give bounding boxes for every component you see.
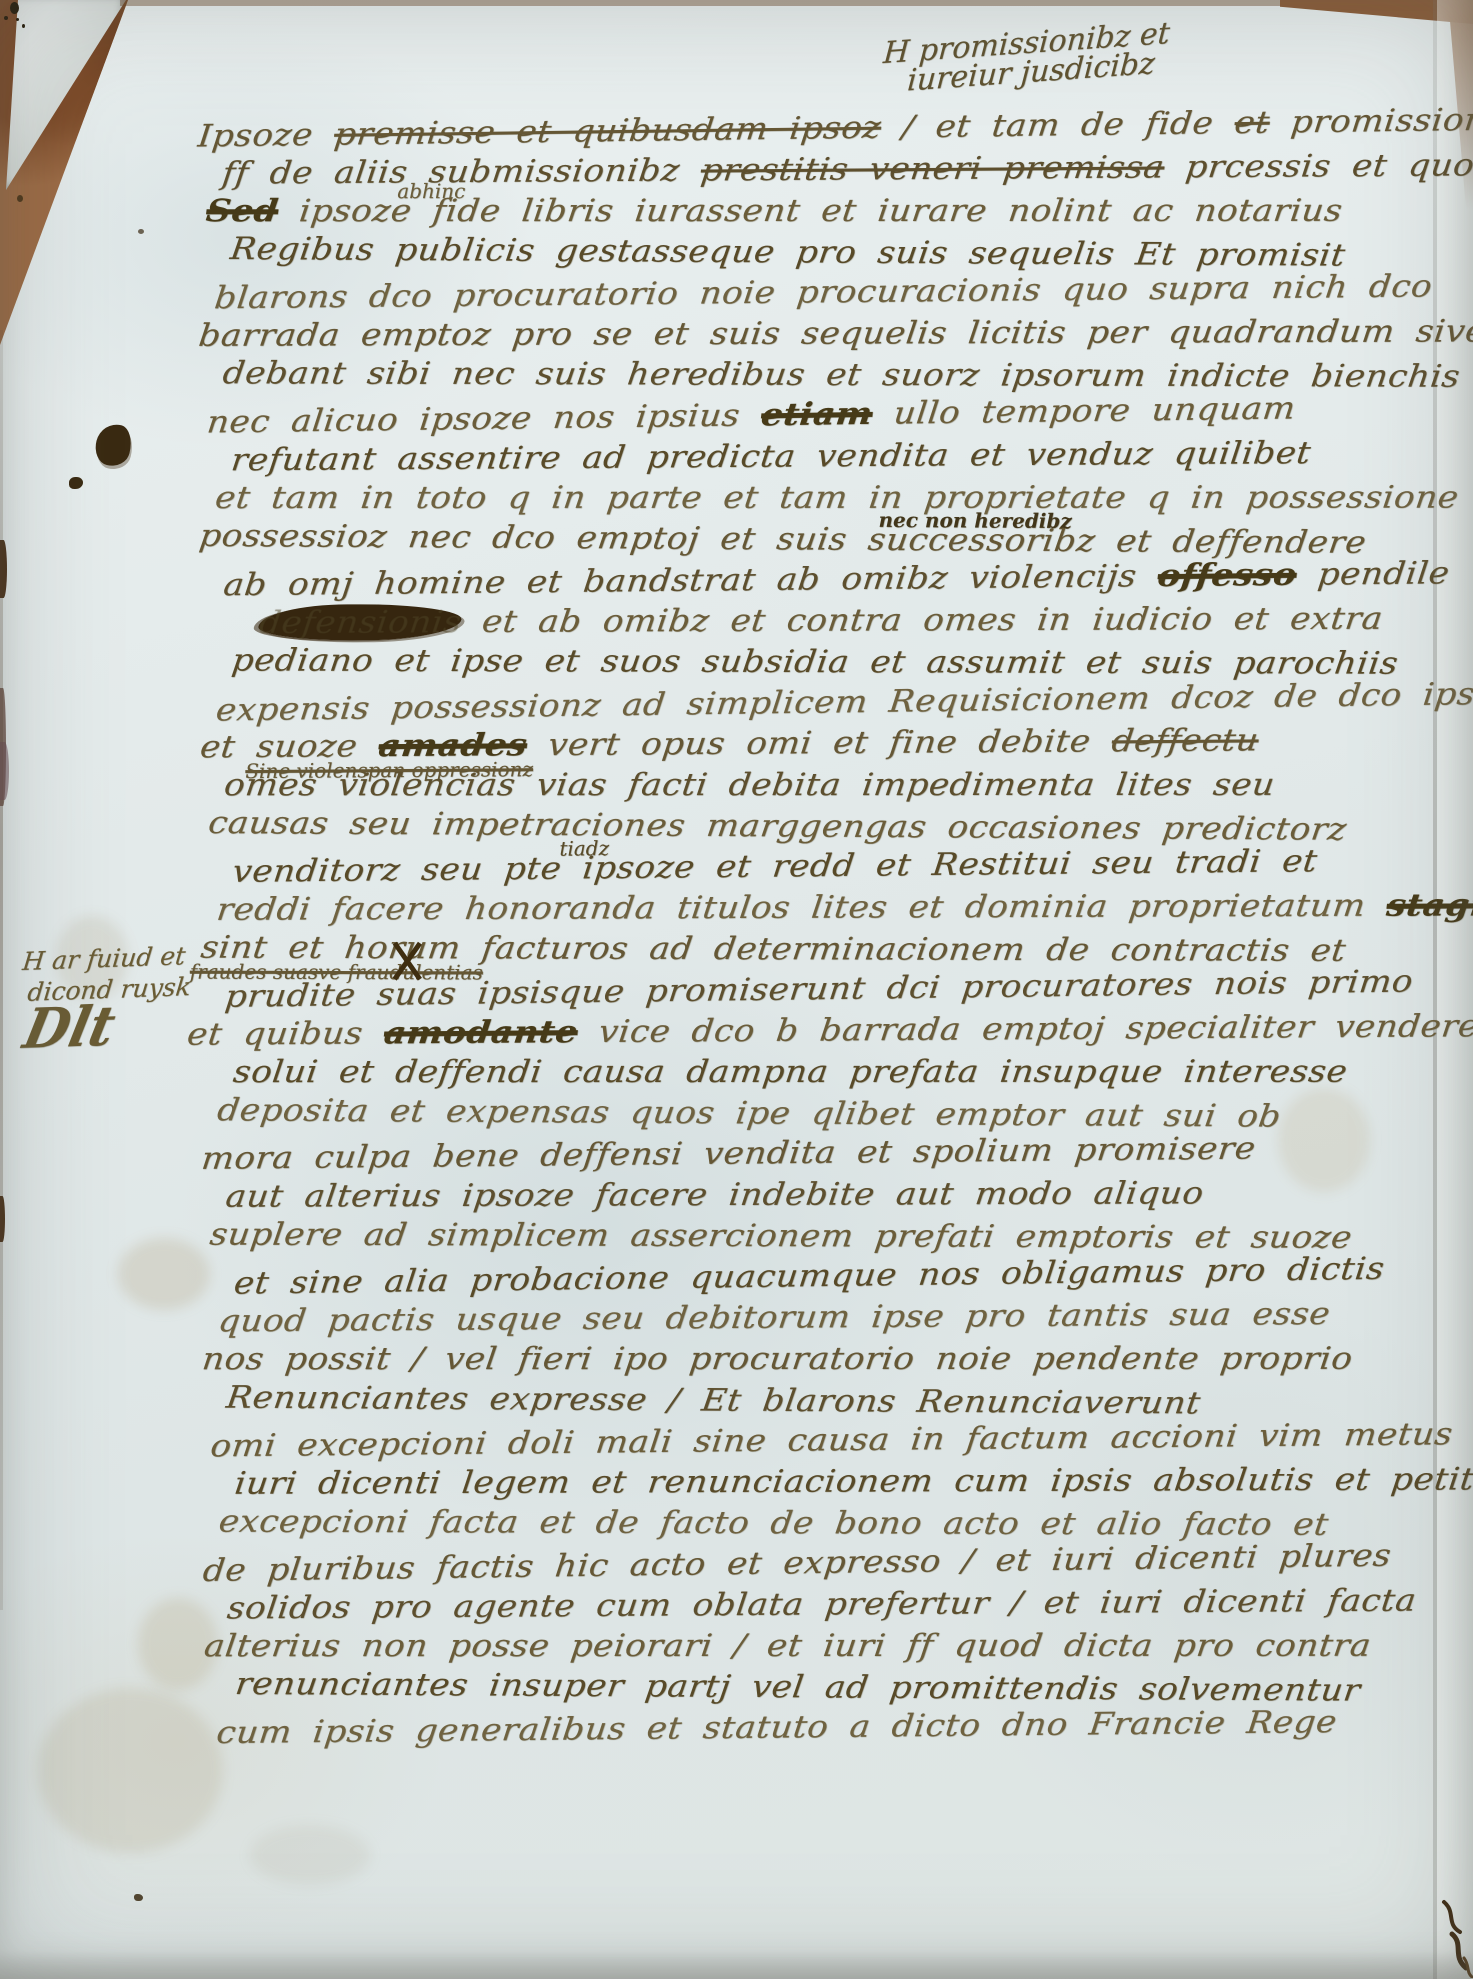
text-line: solidos pro agente cum oblata prefertur … — [225, 1584, 1306, 1625]
text-line: cum ipsis generalibus et statuto a dicto… — [214, 1706, 1233, 1750]
text-line: expensis possessionz ad simplicem Requis… — [214, 678, 1414, 727]
text-line: nos possit / vel fieri ipo procuratorio … — [200, 1342, 1246, 1376]
text-line: Ipsoze premisse et quibusdam ipsoz / et … — [196, 104, 1387, 153]
struck-word: Sed — [204, 193, 280, 229]
cross-out-mark — [390, 941, 424, 981]
text-line: excepcioni facta et de facto de bono act… — [217, 1505, 1226, 1542]
text-segment: suplere ad simplicem assercionem prefati… — [208, 1217, 1355, 1256]
text-line: et sine alia probacione quacumque nos ob… — [232, 1253, 1278, 1301]
struck-word: offesso — [1156, 557, 1299, 594]
text-segment: vert opus omi et fine debite — [525, 723, 1114, 763]
text-segment: et quibus — [185, 1015, 386, 1052]
text-segment: et ab omibz et contra omes in iudicio et… — [459, 601, 1385, 640]
text-line: reddi facere honoranda titulos lites et … — [215, 889, 1396, 927]
text-segment: refutant assentire ad predicta vendita e… — [229, 435, 1313, 478]
text-segment: omi excepcioni doli mali sine causa in f… — [209, 1416, 1455, 1464]
text-segment: pendile — [1295, 555, 1452, 593]
text-line: et quibus amodante vice dco b barrada em… — [185, 1010, 1359, 1052]
text-segment: et tam in toto q in parte et tam in prop… — [213, 480, 1461, 516]
text-line: omes violencias vias facti debita impedi… — [222, 768, 1177, 802]
text-segment: Regibus publicis gestasseque pro suis se… — [228, 231, 1347, 274]
text-line: sint et horum facturos ad determinacione… — [199, 931, 1240, 968]
text-line: venditorz seu pte ipsoze et redd et Rest… — [230, 845, 1216, 889]
text-segment: de pluribus factis hic acto et expresso … — [201, 1538, 1393, 1589]
text-line: suplere ad simplicem assercionem prefati… — [208, 1218, 1246, 1255]
struck-word: stagny — [1385, 887, 1473, 923]
text-segment: Renunciantes expresse / Et blarons Renun… — [224, 1380, 1202, 1422]
text-segment: reddi facere honoranda titulos lites et … — [215, 888, 1389, 928]
text-segment: vice dco b barrada emptoj specialiter ve… — [576, 1008, 1473, 1050]
text-line: Renunciantes expresse / Et blarons Renun… — [224, 1381, 1110, 1420]
text-segment: quod pactis usque seu debitorum ipse pro… — [216, 1296, 1332, 1339]
text-line: deposita et expensas quos ipe qlibet emp… — [215, 1093, 1182, 1133]
interlinear-insertion: tiadz — [559, 831, 609, 865]
text-segment: omes violencias vias facti debita impedi… — [222, 767, 1277, 803]
manuscript-page: H promissionibz et iureiur jusdicibz H a… — [0, 0, 1473, 1979]
blotted-word: defensionis — [257, 604, 463, 641]
struck-word: premisse et quibusdam ipsoz — [332, 110, 883, 153]
text-line: et tam in toto q in parte et tam in prop… — [213, 481, 1343, 515]
text-line: causas seu impetraciones marggengas occa… — [206, 806, 1241, 846]
text-line: defensionis et ab omibz et contra omes i… — [257, 602, 1279, 640]
text-line: aut alterius ipsoze facere indebite aut … — [224, 1177, 1113, 1214]
text-line: ab omj homine et bandstrat ab omibz viol… — [221, 557, 1336, 602]
text-segment: cum ipsis generalibus et statuto a dicto… — [215, 1704, 1339, 1751]
text-line: Regibus publicis gestasseque pro suis se… — [228, 232, 1242, 272]
text-segment: nec alicuo ipsoze nos ipsius — [205, 397, 763, 440]
text-line: renunciantes insuper partj vel ad promit… — [233, 1667, 1256, 1707]
text-line: alterius non posse peiorari / et iuri ff… — [202, 1629, 1263, 1663]
text-segment: pediano et ipse et suos subsidia et assu… — [230, 642, 1401, 681]
text-segment: promissione — [1268, 102, 1473, 141]
text-segment: et sine alia probacione quacumque nos ob… — [232, 1251, 1386, 1302]
text-segment: renunciantes insuper partj vel ad promit… — [233, 1666, 1362, 1709]
text-segment: mora culpa bene deffensi vendita et spol… — [200, 1131, 1258, 1177]
text-line: debant sibi nec suis heredibus et suorz … — [221, 356, 1346, 393]
text-line: solui et deffendi causa dampna prefata i… — [231, 1055, 1244, 1089]
text-line: et suoze amades vert opus omi et fine de… — [198, 724, 1160, 764]
text-segment: excepcioni facta et de facto de bono act… — [217, 1504, 1331, 1543]
text-line: refutant assentire ad predicta vendita e… — [229, 437, 1211, 478]
text-segment: ab omj homine et bandstrat ab omibz viol… — [222, 558, 1160, 603]
text-line: Sed ipsoze fide libris iurassent et iura… — [204, 194, 1237, 228]
struck-word: prestitis veneri premissa — [699, 149, 1167, 188]
struck-word: et — [1233, 105, 1272, 142]
manuscript-text-block: Ipsoze premisse et quibusdam ipsoz / et … — [0, 0, 1473, 1979]
text-segment: solui et deffendi causa dampna prefata i… — [231, 1054, 1349, 1090]
text-segment: possessioz nec dco emptoj et suis succes… — [197, 518, 1368, 561]
text-segment: barrada emptoz pro se et suis sequelis l… — [197, 313, 1473, 354]
text-segment: causas seu impetraciones marggengas occa… — [206, 805, 1348, 848]
struck-word: deffectu — [1110, 722, 1261, 759]
text-segment: Ipsoze — [196, 117, 336, 155]
struck-word: etiam — [759, 396, 874, 433]
text-line: de pluribus factis hic acto et expresso … — [201, 1540, 1282, 1588]
text-segment: ullo tempore unquam — [871, 390, 1298, 432]
text-segment: venditorz seu pte ipsoze et redd et Rest… — [231, 843, 1320, 890]
text-line: blarons dco procuratorio noie procuracio… — [212, 270, 1319, 315]
text-segment: nos possit / vel fieri ipo procuratorio … — [200, 1341, 1355, 1377]
text-segment: expensis possessionz ad simplicem Requis… — [214, 675, 1473, 728]
text-segment: prcessis et quolibet — [1162, 147, 1473, 186]
text-segment: solidos pro agente cum oblata prefertur … — [225, 1583, 1418, 1627]
text-segment: debant sibi nec suis heredibus et suorz … — [221, 355, 1463, 394]
text-line: mora culpa bene deffensi vendita et spol… — [199, 1133, 1157, 1176]
text-line: quod pactis usque seu debitorum ipse pro… — [216, 1298, 1227, 1339]
text-line: omi excepcioni doli mali sine causa in f… — [208, 1418, 1337, 1463]
text-segment: alterius non posse peiorari / et iuri ff… — [202, 1628, 1373, 1664]
text-line: iuri dicenti legem et renunciacionem cum… — [233, 1463, 1379, 1501]
interlinear-insertion: nec non heredibz — [878, 503, 1071, 538]
text-line: pediano et ipse et suos subsidia et assu… — [230, 643, 1290, 680]
interlinear-insertion: abhinc — [397, 174, 465, 208]
text-line: barrada emptoz pro se et suis sequelis l… — [197, 315, 1367, 353]
text-segment: / et tam de fide — [879, 105, 1237, 146]
text-segment: blarons dco procuratorio noie procuracio… — [213, 268, 1435, 316]
text-segment: iuri dicenti legem et renunciacionem cum… — [233, 1461, 1473, 1501]
text-line: nec alicuo ipsoze nos ipsius etiam ullo … — [205, 393, 1195, 440]
text-segment: deposita et expensas quos ipe qlibet emp… — [215, 1092, 1283, 1134]
text-line: possessioz nec dco emptoj et suis succes… — [197, 519, 1258, 559]
struck-word: amodante — [382, 1014, 580, 1051]
text-segment: aut alterius ipsoze facere indebite aut … — [224, 1175, 1206, 1214]
